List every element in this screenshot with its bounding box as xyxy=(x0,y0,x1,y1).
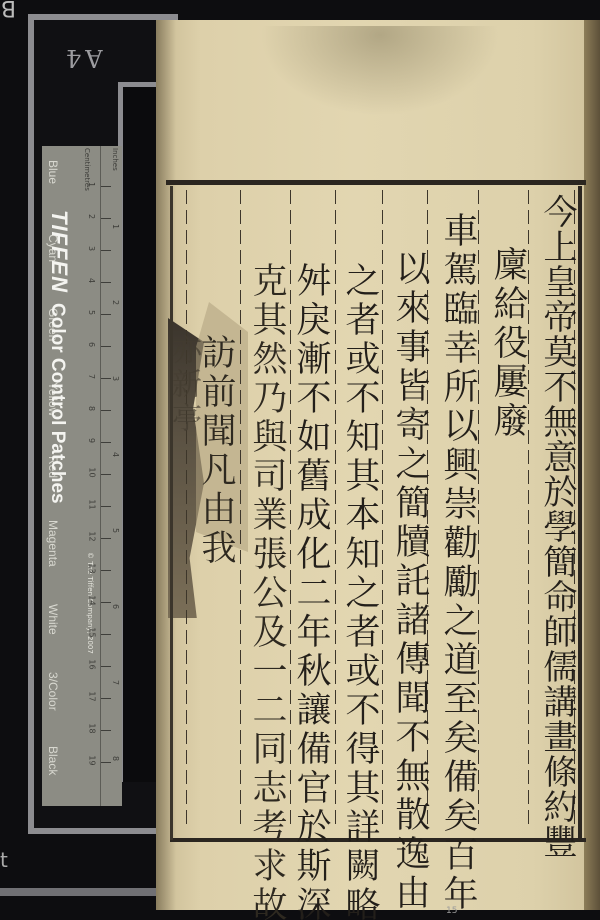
card-title: Color Control Patches xyxy=(47,303,68,504)
ruler-in-1: 1 xyxy=(111,224,120,229)
ruler-in-4: 4 xyxy=(111,452,120,457)
patch-label-blue: Blue xyxy=(46,160,60,184)
ruler-cm-13: 13 xyxy=(88,563,97,573)
ruler-cm-15: 15 xyxy=(88,627,97,637)
ruler: Centimetres Inches 1 2 3 4 5 6 7 8 9 10 … xyxy=(100,146,123,806)
patch-label-magenta: Magenta xyxy=(46,520,60,567)
block-border-top xyxy=(166,180,586,185)
ruler-cm-9: 9 xyxy=(87,438,96,443)
block-border-right xyxy=(578,186,582,840)
ruler-cm-19: 19 xyxy=(88,755,97,765)
ruler-cm-16: 16 xyxy=(88,659,97,669)
ruler-in-6: 6 xyxy=(111,604,120,609)
water-stain xyxy=(260,26,500,116)
column-rule xyxy=(240,190,241,830)
ruler-in-8: 8 xyxy=(111,756,120,761)
ruler-cm-10: 10 xyxy=(88,467,97,477)
text-column-5: 之者或不知其本知之者或不得其詳闕略 xyxy=(342,262,377,920)
ruler-cm-17: 17 xyxy=(88,691,97,701)
block-border-left xyxy=(170,186,173,840)
tiffen-logo: TIFFEN xyxy=(47,210,72,293)
text-column-4: 以來事皆寄之簡牘託諸傳聞不無散逸由 xyxy=(392,250,427,913)
patch-label-white: White xyxy=(46,604,60,635)
text-column-1: 今上皇帝莫不無意於學簡命師儒講畫條約豐 xyxy=(540,194,574,859)
ruler-cm-18: 18 xyxy=(88,723,97,733)
column-rule xyxy=(382,190,383,830)
text-column-9-faded: 亦新亭 xyxy=(168,334,198,436)
column-rule xyxy=(335,190,336,830)
ruler-in-3: 3 xyxy=(111,376,120,381)
ruler-unit-in: Inches xyxy=(111,148,119,171)
text-column-6: 舛戾漸不如舊成化二年秋讓備官於斯深 xyxy=(293,262,328,920)
ruler-cm-3: 3 xyxy=(87,246,96,251)
column-rule xyxy=(528,190,529,830)
ruler-cm-6: 6 xyxy=(87,342,96,347)
folio-mark: 15 xyxy=(446,906,457,916)
column-rule xyxy=(186,190,187,830)
frame-label: A4 xyxy=(62,44,103,72)
ruler-in-5: 5 xyxy=(111,528,120,533)
ruler-cm-7: 7 xyxy=(87,374,96,379)
ruler-in-2: 2 xyxy=(111,300,120,305)
patch-label-3color: 3/Color xyxy=(46,672,60,711)
card-brand: TIFFENColor Control Patches xyxy=(46,210,72,504)
text-column-7: 克其然乃與司業張公及一二同志考求故 xyxy=(249,262,284,920)
text-column-8: 訪前聞凡由我 xyxy=(198,334,233,568)
page-right-edge xyxy=(584,20,600,910)
ruler-cm-14: 14 xyxy=(88,595,97,605)
text-column-2: 廩給役屢廢 xyxy=(490,246,525,441)
ruler-cm-8: 8 xyxy=(87,406,96,411)
edge-mark: B xyxy=(0,0,16,20)
patch-label-black: Black xyxy=(46,746,60,775)
scan-frame-bottom-rail xyxy=(0,888,160,896)
ruler-in-7: 7 xyxy=(111,680,120,685)
corner-mark: t xyxy=(0,848,8,872)
ruler-cm-11: 11 xyxy=(88,499,97,509)
ruler-cm-4: 4 xyxy=(87,278,96,283)
ruler-cm-5: 5 xyxy=(87,310,96,315)
ruler-cm-12: 12 xyxy=(88,531,97,541)
text-column-3: 車駕臨幸所以興崇勸勵之道至矣備矣百年 xyxy=(440,212,475,914)
column-rule xyxy=(478,190,479,830)
ruler-cm-1: 1 xyxy=(87,182,96,187)
ruler-cm-2: 2 xyxy=(87,214,96,219)
